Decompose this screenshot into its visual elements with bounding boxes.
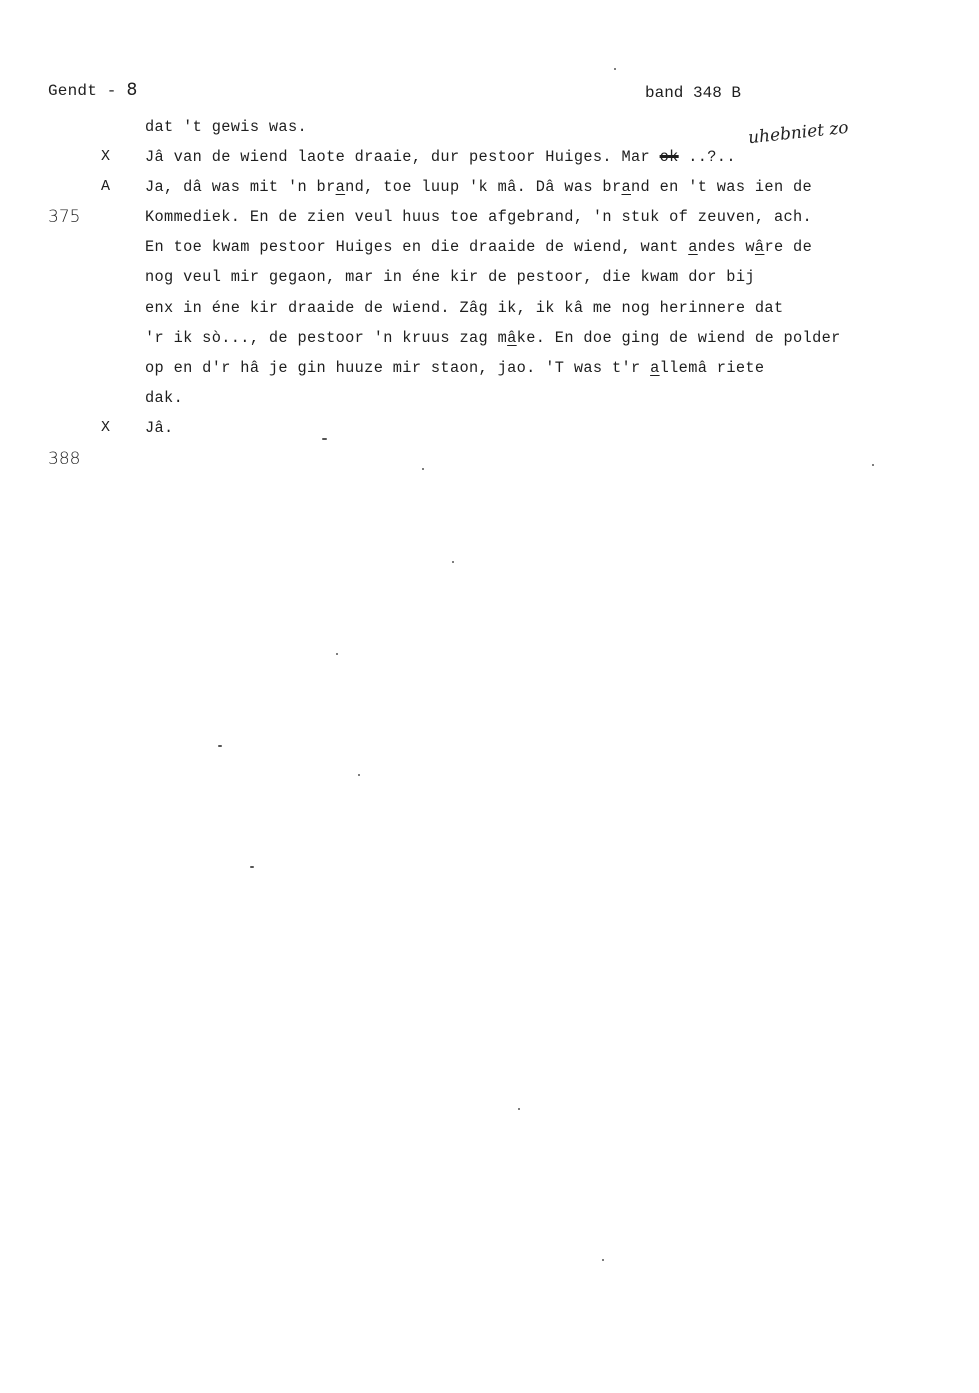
transcript-line: Jâ. — [145, 419, 174, 437]
transcript-line: Jâ van de wiend laote draaie, dur pestoo… — [145, 148, 736, 166]
line-text: ke. En doe ging de wiend de polder — [517, 329, 841, 347]
line-text: nd, toe luup 'k mâ. Dâ was br — [345, 178, 621, 196]
scan-speck — [336, 653, 338, 655]
scan-speck — [218, 745, 222, 747]
transcript-line: 'r ik sò..., de pestoor 'n kruus zag mâk… — [145, 329, 841, 347]
scan-speck — [322, 438, 327, 440]
underlined-letter: a — [621, 178, 631, 196]
transcript-line: Ja, dâ was mit 'n brand, toe luup 'k mâ.… — [145, 178, 812, 196]
line-text: llemâ riete — [660, 359, 765, 377]
underlined-letter: a — [650, 359, 660, 377]
header-place: Gendt - 8 — [48, 80, 137, 100]
underlined-letter: a — [336, 178, 346, 196]
scan-speck — [250, 866, 254, 868]
line-text: En toe kwam pestoor Huiges en die draaid… — [145, 238, 688, 256]
struck-out-text: ok — [660, 148, 679, 166]
line-text: Jâ van de wiend laote draaie, dur pestoo… — [145, 148, 660, 166]
line-text: ..?.. — [679, 148, 736, 166]
speaker-label: X — [101, 419, 110, 436]
scan-speck — [872, 464, 874, 466]
page-number: 8 — [126, 80, 137, 100]
scan-speck — [614, 68, 616, 70]
transcript-line: Kommediek. En de zien veul huus toe afge… — [145, 208, 812, 226]
transcript-page: Gendt - 8 band 348 B uhebniet zo dat 't … — [0, 0, 979, 1393]
line-text: 'r ik sò..., de pestoor 'n kruus zag m — [145, 329, 507, 347]
scan-speck — [452, 561, 454, 563]
speaker-label: A — [101, 178, 110, 195]
transcript-line: nog veul mir gegaon, mar in éne kir de p… — [145, 268, 755, 286]
transcript-line: dak. — [145, 389, 183, 407]
line-text: ndes w — [698, 238, 755, 256]
scan-speck — [602, 1259, 604, 1261]
line-text: Ja, dâ was mit 'n br — [145, 178, 336, 196]
underlined-letter: â — [507, 329, 517, 347]
underlined-letter: a — [688, 238, 698, 256]
header-place-text: Gendt - — [48, 82, 117, 100]
transcript-line: op en d'r hâ je gin huuze mir staon, jao… — [145, 359, 764, 377]
transcript-line: En toe kwam pestoor Huiges en die draaid… — [145, 238, 812, 256]
scan-speck — [422, 468, 424, 470]
scan-speck — [358, 774, 360, 776]
handwritten-annotation: uhebniet zo — [747, 118, 849, 148]
line-text: op en d'r hâ je gin huuze mir staon, jao… — [145, 359, 650, 377]
line-text: re de — [764, 238, 812, 256]
tape-reference: band 348 B — [645, 84, 741, 102]
transcript-line: enx in éne kir draaide de wiend. Zâg ik,… — [145, 299, 783, 317]
speaker-label: X — [101, 148, 110, 165]
line-text: nd en 't was ien de — [631, 178, 812, 196]
transcript-line: dat 't gewis was. — [145, 118, 307, 136]
line-number: 388 — [48, 449, 80, 469]
scan-speck — [518, 1108, 520, 1110]
line-number: 375 — [48, 207, 80, 227]
